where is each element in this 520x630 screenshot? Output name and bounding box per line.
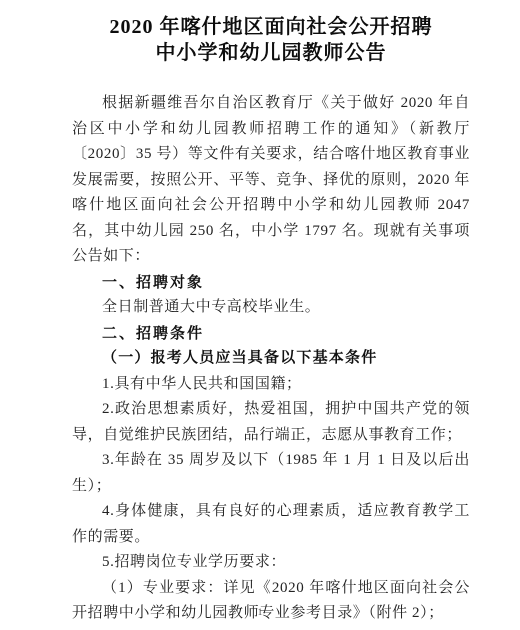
paragraph: 1.具有中华人民共和国国籍； bbox=[72, 372, 470, 398]
paragraph: 2.政治思想素质好，热爱祖国，拥护中国共产党的领导，自觉维护民族团结，品行端正，… bbox=[72, 397, 470, 448]
paragraph: 根据新疆维吾尔自治区教育厅《关于做好 2020 年自治区中小学和幼儿园教师招聘工… bbox=[72, 91, 470, 270]
document-page: 2020 年喀什地区面向社会公开招聘 中小学和幼儿园教师公告 根据新疆维吾尔自治… bbox=[0, 0, 520, 630]
paragraph: （1）专业要求：详见《2020 年喀什地区面向社会公开招聘中小学和幼儿园教师专业… bbox=[72, 576, 470, 627]
title-line-1: 2020 年喀什地区面向社会公开招聘 bbox=[72, 14, 470, 40]
title-line-2: 中小学和幼儿园教师公告 bbox=[72, 40, 470, 66]
paragraph: 全日制普通大中专高校毕业生。 bbox=[72, 295, 470, 321]
section-heading: 一、招聘对象 bbox=[72, 270, 470, 296]
sub-section-heading: （一）报考人员应当具备以下基本条件 bbox=[72, 346, 470, 372]
paragraph: 5.招聘岗位专业学历要求： bbox=[72, 550, 470, 576]
section-heading: 二、招聘条件 bbox=[72, 321, 470, 347]
document-title: 2020 年喀什地区面向社会公开招聘 中小学和幼儿园教师公告 bbox=[72, 14, 470, 66]
document-body: 根据新疆维吾尔自治区教育厅《关于做好 2020 年自治区中小学和幼儿园教师招聘工… bbox=[72, 91, 470, 627]
page-number: 1 bbox=[0, 607, 520, 617]
paragraph: 3.年龄在 35 周岁及以下（1985 年 1 月 1 日及以后出生）； bbox=[72, 448, 470, 499]
paragraph: 4.身体健康，具有良好的心理素质，适应教育教学工作的需要。 bbox=[72, 499, 470, 550]
